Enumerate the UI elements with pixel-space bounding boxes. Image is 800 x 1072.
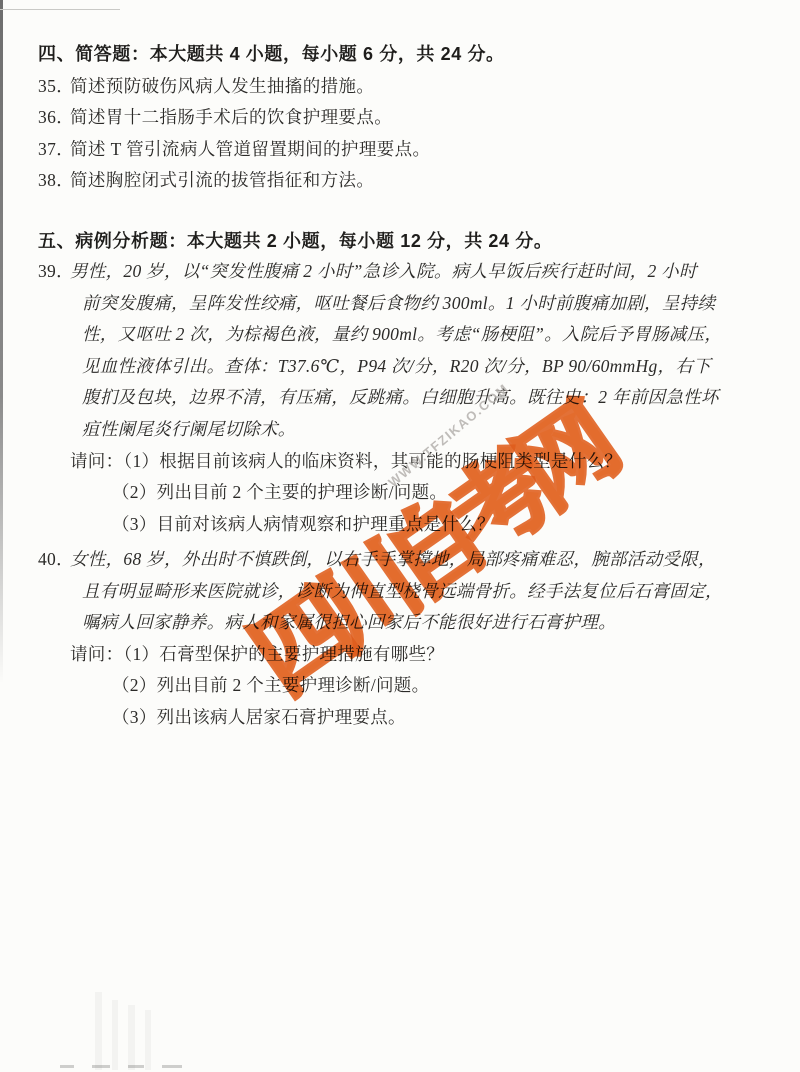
case-body-line: 且有明显畸形来医院就诊，诊断为伸直型桡骨远端骨折。经手法复位后石膏固定，	[82, 576, 766, 608]
sub-question: （3）目前对该病人病情观察和护理重点是什么？	[112, 509, 766, 541]
case-body-line: 女性，68 岁，外出时不慎跌倒，以右手手掌撑地，局部疼痛难忍，腕部活动受限，	[70, 544, 766, 576]
question-text: 简述 T 管引流病人管道留置期间的护理要点。	[70, 139, 430, 159]
question-number: 37．	[38, 134, 70, 166]
question-number: 36．	[38, 102, 70, 134]
section-heading: 五、病例分析题：本大题共 2 小题，每小题 12 分，共 24 分。	[38, 226, 766, 258]
sub-question: （2）列出目前 2 个主要的护理诊断/问题。	[112, 477, 766, 509]
question-item: 37．简述 T 管引流病人管道留置期间的护理要点。	[38, 134, 766, 166]
exam-paper-page: 四、简答题：本大题共 4 小题，每小题 6 分，共 24 分。 35．简述预防破…	[0, 0, 800, 1072]
case-body-line: 见血性液体引出。查体：T37.6℃，P94 次/分，R20 次/分，BP 90/…	[82, 351, 766, 383]
question-number: 39．	[38, 256, 74, 288]
section-heading: 四、简答题：本大题共 4 小题，每小题 6 分，共 24 分。	[38, 39, 766, 71]
question-item: 35．简述预防破伤风病人发生抽搐的措施。	[38, 71, 766, 103]
question-number: 40．	[38, 544, 74, 576]
scan-smudge	[128, 1065, 144, 1068]
question-39: 39． 男性，20 岁，以“突发性腹痛 2 小时”急诊入院。病人早饭后疾行赶时间…	[38, 256, 766, 540]
case-body-line: 疽性阑尾炎行阑尾切除术。	[82, 414, 766, 446]
question-number: 35．	[38, 71, 70, 103]
ask-line: 请问：（1）根据目前该病人的临床资料，其可能的肠梗阻类型是什么？	[70, 446, 766, 478]
case-body-line: 前突发腹痛，呈阵发性绞痛，呕吐餐后食物约 300ml。1 小时前腹痛加剧，呈持续	[82, 288, 766, 320]
ask-line: 请问：（1）石膏型保护的主要护理措施有哪些？	[70, 639, 766, 671]
scan-top-line-artifact	[0, 9, 120, 10]
scan-ghost-mark	[112, 1000, 118, 1070]
question-40: 40． 女性，68 岁，外出时不慎跌倒，以右手手掌撑地，局部疼痛难忍，腕部活动受…	[38, 544, 766, 734]
sub-question: （2）列出目前 2 个主要护理诊断/问题。	[112, 670, 766, 702]
scan-ghost-mark	[145, 1010, 151, 1070]
question-number: 38．	[38, 165, 70, 197]
section-short-answer: 四、简答题：本大题共 4 小题，每小题 6 分，共 24 分。 35．简述预防破…	[38, 39, 766, 197]
sub-question: （3）列出该病人居家石膏护理要点。	[112, 702, 766, 734]
case-body-line: 男性，20 岁，以“突发性腹痛 2 小时”急诊入院。病人早饭后疾行赶时间，2 小…	[70, 256, 766, 288]
scan-ghost-mark	[128, 1005, 135, 1070]
scan-smudge	[60, 1065, 74, 1068]
question-text: 简述胃十二指肠手术后的饮食护理要点。	[70, 107, 392, 127]
question-item: 38．简述胸腔闭式引流的拔管指征和方法。	[38, 165, 766, 197]
sub-question: （1）石膏型保护的主要护理措施有哪些？	[123, 644, 444, 664]
scan-smudge	[92, 1065, 110, 1068]
sub-question: （1）根据目前该病人的临床资料，其可能的肠梗阻类型是什么？	[123, 451, 622, 471]
section-case-analysis-heading-block: 五、病例分析题：本大题共 2 小题，每小题 12 分，共 24 分。	[38, 226, 766, 258]
scan-ghost-mark	[95, 992, 102, 1070]
case-body-line: 腹扪及包块，边界不清，有压痛，反跳痛。白细胞升高。既往史：2 年前因急性坏	[82, 382, 766, 414]
scan-left-edge-artifact	[0, 0, 3, 720]
ask-label: 请问：	[70, 451, 123, 471]
ask-label: 请问：	[70, 644, 123, 664]
scan-smudge	[162, 1065, 182, 1068]
question-text: 简述预防破伤风病人发生抽搐的措施。	[70, 76, 374, 96]
case-body-line: 嘱病人回家静养。病人和家属很担心回家后不能很好进行石膏护理。	[82, 607, 766, 639]
question-text: 简述胸腔闭式引流的拔管指征和方法。	[70, 170, 374, 190]
case-body-line: 性，又呕吐 2 次，为棕褐色液，量约 900ml。考虑“肠梗阻”。入院后予胃肠减…	[82, 319, 766, 351]
question-item: 36．简述胃十二指肠手术后的饮食护理要点。	[38, 102, 766, 134]
